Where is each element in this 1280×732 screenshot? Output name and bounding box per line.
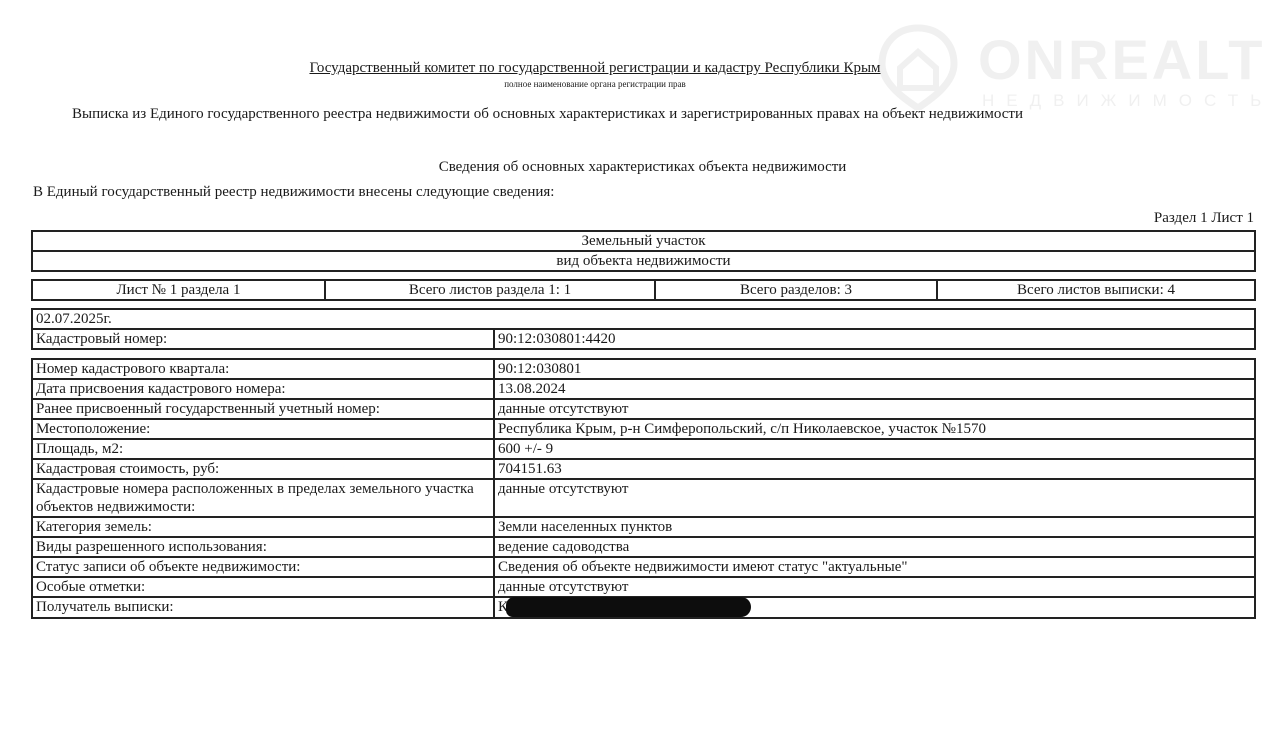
row-value: Земли населенных пунктов (494, 517, 1255, 537)
redaction-mark (506, 597, 751, 617)
row-value: данные отсутствуют (494, 399, 1255, 419)
row-value: Республика Крым, р-н Симферопольский, с/… (494, 419, 1255, 439)
date-cadastral-table: 02.07.2025г. Кадастровый номер: 90:12:03… (31, 308, 1256, 350)
object-type-caption: вид объекта недвижимости (32, 251, 1255, 271)
object-type-table: Земельный участок вид объекта недвижимос… (31, 230, 1256, 272)
cadastral-number-value: 90:12:030801:4420 (494, 329, 1255, 349)
row-value: 704151.63 (494, 459, 1255, 479)
table-row: Статус записи об объекте недвижимости: С… (32, 557, 1255, 577)
row-label: Статус записи об объекте недвижимости: (32, 557, 494, 577)
table-row: Категория земель: Земли населенных пункт… (32, 517, 1255, 537)
page-reference: Раздел 1 Лист 1 (1154, 210, 1254, 227)
row-label: Кадастровая стоимость, руб: (32, 459, 494, 479)
organization-caption: полное наименование органа регистрации п… (0, 79, 1190, 89)
table-row: Кадастровая стоимость, руб: 704151.63 (32, 459, 1255, 479)
intro-text: В Единый государственный реестр недвижим… (33, 184, 554, 201)
section-sheets-total: Всего листов раздела 1: 1 (325, 280, 655, 300)
section-title: Сведения об основных характеристиках объ… (0, 159, 1280, 176)
object-type: Земельный участок (32, 231, 1255, 251)
row-label: Виды разрешенного использования: (32, 537, 494, 557)
row-value: 90:12:030801 (494, 359, 1255, 379)
table-row: Особые отметки: данные отсутствуют (32, 577, 1255, 597)
cadastral-number-label: Кадастровый номер: (32, 329, 494, 349)
row-label: Площадь, м2: (32, 439, 494, 459)
row-value: 600 +/- 9 (494, 439, 1255, 459)
watermark-subtitle: НЕДВИЖИМОСТЬ (982, 92, 1273, 110)
table-row: Виды разрешенного использования: ведение… (32, 537, 1255, 557)
row-value: Сведения об объекте недвижимости имеют с… (494, 557, 1255, 577)
table-row: Кадастровые номера расположенных в преде… (32, 479, 1255, 517)
table-row: Получатель выписки: К (32, 597, 1255, 618)
table-row: Ранее присвоенный государственный учетны… (32, 399, 1255, 419)
row-value: данные отсутствуют (494, 577, 1255, 597)
row-label: Особые отметки: (32, 577, 494, 597)
extract-date: 02.07.2025г. (32, 309, 1255, 329)
extract-sheets-total: Всего листов выписки: 4 (937, 280, 1255, 300)
organization-name: Государственный комитет по государственн… (0, 60, 1190, 77)
characteristics-table: Номер кадастрового квартала: 90:12:03080… (31, 358, 1256, 619)
row-value: данные отсутствуют (494, 479, 1255, 517)
row-label: Местоположение: (32, 419, 494, 439)
row-label: Получатель выписки: (32, 597, 494, 618)
document-title: Выписка из Единого государственного реес… (72, 106, 1023, 123)
table-row: Дата присвоения кадастрового номера: 13.… (32, 379, 1255, 399)
table-row: Площадь, м2: 600 +/- 9 (32, 439, 1255, 459)
row-label: Категория земель: (32, 517, 494, 537)
row-label: Кадастровые номера расположенных в преде… (32, 479, 494, 517)
row-value: ведение садоводства (494, 537, 1255, 557)
row-label: Дата присвоения кадастрового номера: (32, 379, 494, 399)
row-value: К (494, 597, 1255, 618)
sheet-number: Лист № 1 раздела 1 (32, 280, 325, 300)
sections-total: Всего разделов: 3 (655, 280, 937, 300)
sheet-info-table: Лист № 1 раздела 1 Всего листов раздела … (31, 279, 1256, 301)
row-value: 13.08.2024 (494, 379, 1255, 399)
row-label: Номер кадастрового квартала: (32, 359, 494, 379)
row-label: Ранее присвоенный государственный учетны… (32, 399, 494, 419)
table-row: Номер кадастрового квартала: 90:12:03080… (32, 359, 1255, 379)
table-row: Местоположение: Республика Крым, р-н Сим… (32, 419, 1255, 439)
